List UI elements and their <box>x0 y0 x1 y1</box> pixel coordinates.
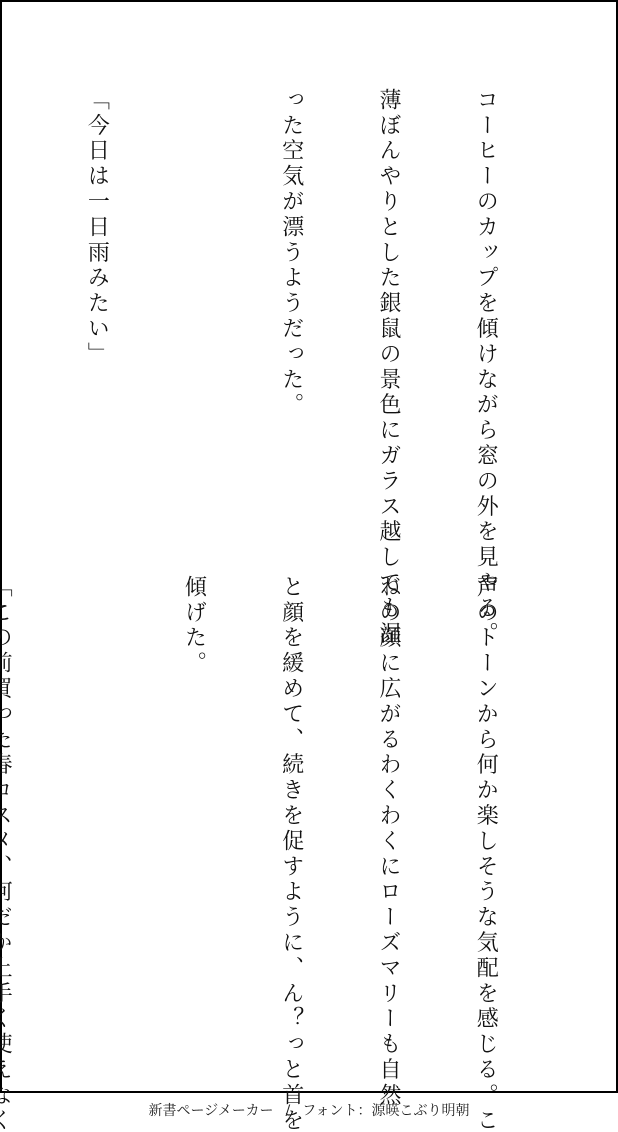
text-line: と顔を緩めて、続きを促すように、ん？っと首を <box>274 575 306 1015</box>
novel-page: コーヒーのカップを傾けながら窓の外を見やる。 薄ぼんやりとした銀鼠の景色にガラス… <box>0 0 618 1093</box>
blank-line <box>80 575 112 1015</box>
lower-text-block: 声のトーンから何か楽しそうな気配を感じる。こ ねの顔に広がるわくわくにローズマリ… <box>46 575 566 1015</box>
blank-line <box>0 88 15 528</box>
page-footer: 新書ページメーカー/フォント：源暎こぶり明朝 <box>0 1099 618 1123</box>
generator-credit: 新書ページメーカー <box>148 1103 273 1119</box>
font-credit: フォント：源暎こぶり明朝 <box>302 1103 469 1119</box>
blank-line <box>177 88 209 528</box>
footer-separator: / <box>286 1103 291 1119</box>
text-line: 傾げた。 <box>177 575 209 1015</box>
text-line: 薄ぼんやりとした銀鼠の景色にガラス越しでも湿 <box>372 88 404 528</box>
upper-text-block: コーヒーのカップを傾けながら窓の外を見やる。 薄ぼんやりとした銀鼠の景色にガラス… <box>46 88 566 528</box>
dialogue-line: 「今日は一日雨みたい」 <box>80 88 112 528</box>
dialogue-line: 「この前買った春コスメ、何だか上手く使えなく <box>0 575 15 1015</box>
text-line: 声のトーンから何か楽しそうな気配を感じる。こ <box>469 575 501 1015</box>
text-line: った空気が漂うようだった。 <box>274 88 306 528</box>
text-line: ねの顔に広がるわくわくにローズマリーも自然 <box>372 575 404 1015</box>
text-line: コーヒーのカップを傾けながら窓の外を見やる。 <box>469 88 501 528</box>
